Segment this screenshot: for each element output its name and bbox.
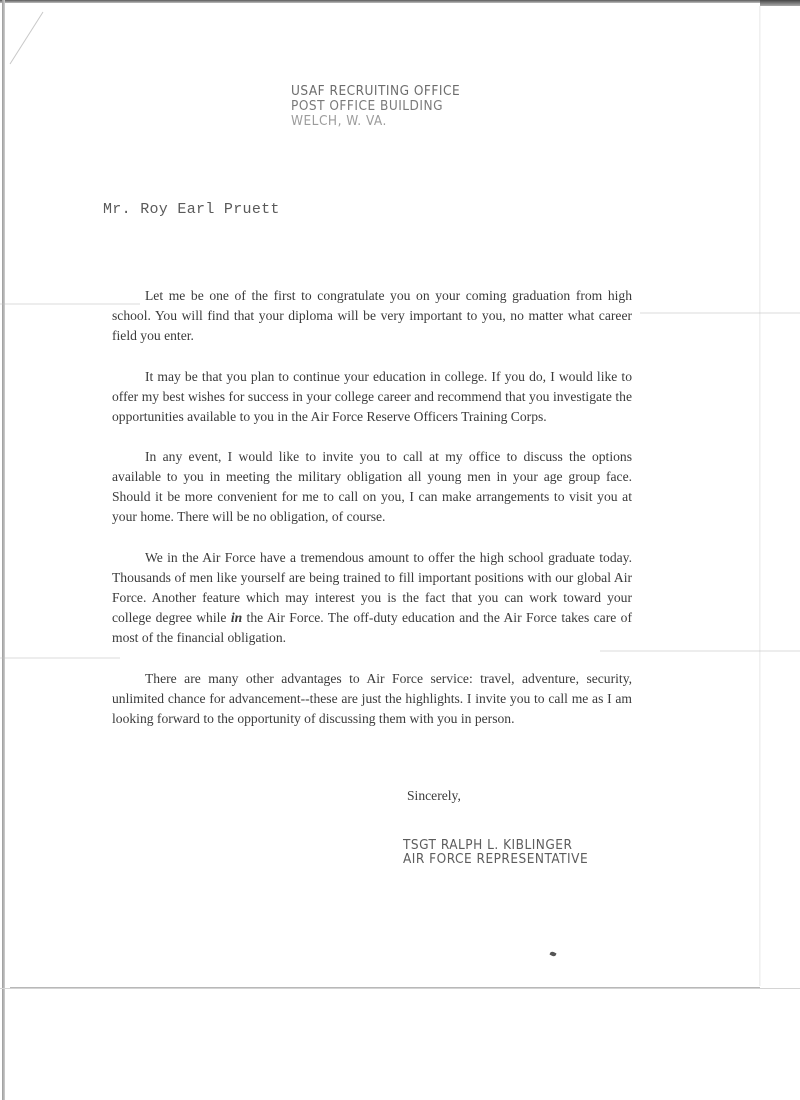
ink-speck	[549, 951, 556, 957]
signature-stamp: TSGT RALPH L. KIBLINGER AIR FORCE REPRES…	[403, 838, 588, 866]
page-left-edge	[2, 0, 5, 1100]
pencil-mark-icon	[6, 8, 46, 68]
letter-body: Let me be one of the first to congratula…	[112, 286, 632, 749]
letterhead-line: POST OFFICE BUILDING	[291, 99, 460, 114]
paragraph: In any event, I would like to invite you…	[112, 447, 632, 527]
closing: Sincerely,	[407, 788, 461, 804]
paragraph: Let me be one of the first to congratula…	[112, 286, 632, 346]
signature-name: TSGT RALPH L. KIBLINGER	[403, 838, 588, 852]
letterhead-line: WELCH, W. VA.	[291, 114, 460, 129]
addressee: Mr. Roy Earl Pruett	[103, 201, 280, 218]
fold-crease-top-right	[640, 312, 800, 314]
page-bottom-edge-shadow	[0, 988, 800, 989]
letterhead-stamp: USAF RECRUITING OFFICE POST OFFICE BUILD…	[291, 84, 460, 129]
emphasis-text: in	[231, 610, 242, 625]
page-top-edge-shadow	[760, 0, 800, 6]
paragraph: It may be that you plan to continue your…	[112, 367, 632, 427]
page-top-edge	[0, 0, 800, 3]
paragraph: We in the Air Force have a tremendous am…	[112, 548, 632, 648]
fold-crease-bottom-left	[0, 657, 120, 659]
signature-title: AIR FORCE REPRESENTATIVE	[403, 852, 588, 866]
paragraph: There are many other advantages to Air F…	[112, 669, 632, 729]
letterhead-line: USAF RECRUITING OFFICE	[291, 84, 460, 99]
page-right-fold	[759, 6, 761, 986]
